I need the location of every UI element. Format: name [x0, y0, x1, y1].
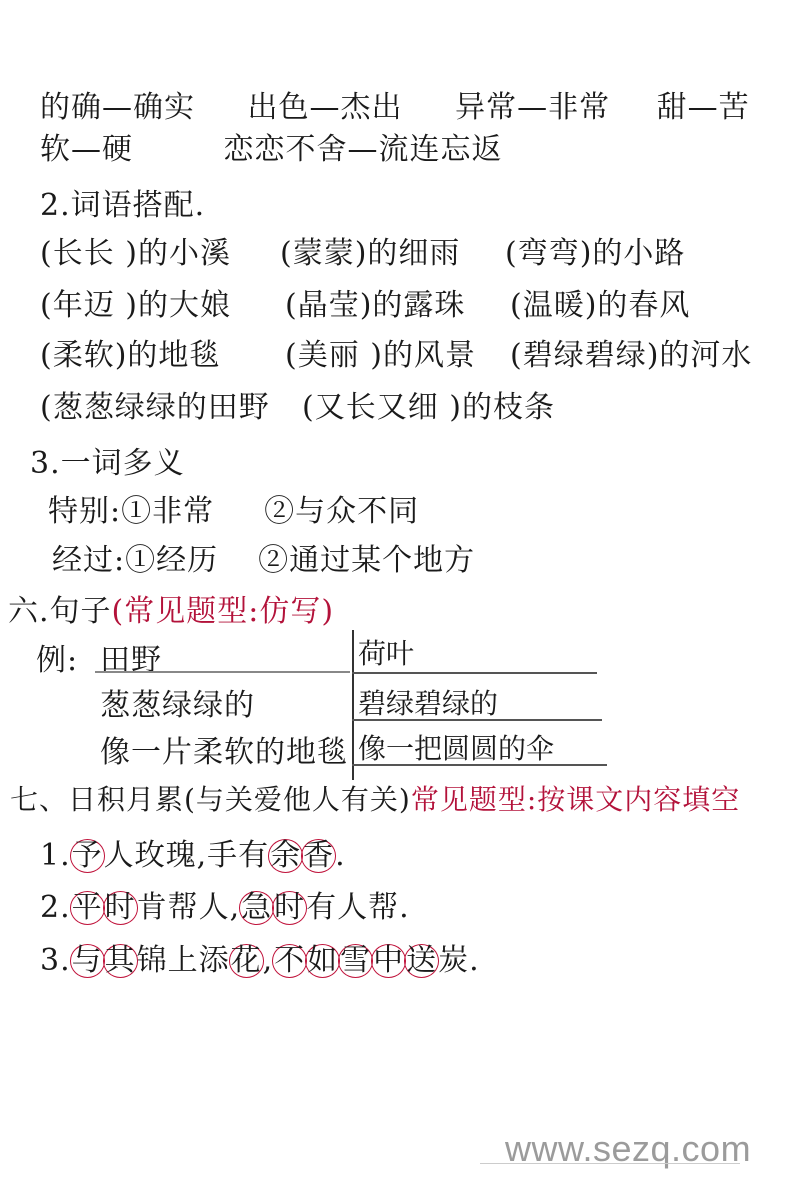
text: 人玫瑰,手有	[104, 838, 270, 873]
text: .	[335, 838, 346, 873]
divider	[352, 719, 602, 721]
circled-answer: 香	[301, 839, 336, 873]
circled-answer: 不	[272, 944, 307, 978]
pair: 异常—非常	[455, 90, 610, 125]
accumulation-line-2: 2.平时肯帮人,急时有人帮.	[40, 882, 410, 926]
question-type-note: 常见题型:按课文内容填空	[411, 783, 740, 816]
collocation-row: (葱葱绿绿的田野(又长又细 )的枝条	[40, 382, 555, 426]
imitation-table: 荷叶 碧绿碧绿的 像一把圆圆的伞	[352, 630, 602, 770]
circled-answer: 其	[103, 944, 138, 978]
polysemy-item: 特别:①非常②与众不同	[48, 486, 419, 530]
text: 有人帮.	[306, 890, 410, 925]
divider	[480, 1163, 740, 1164]
circled-answer: 送	[404, 944, 439, 978]
sentences-heading: 六.句子(常见题型:仿写)	[8, 586, 334, 630]
accumulation-line-3: 3.与其锦上添花,不如雪中送炭.	[40, 935, 480, 979]
question-type-note: (常见题型:仿写)	[112, 594, 335, 629]
collocation-heading: 2.词语搭配.	[40, 180, 205, 224]
pair: 出色—杰出	[248, 90, 403, 125]
accumulation-line-1: 1.予人玫瑰,手有余香.	[40, 830, 346, 874]
divider	[352, 764, 607, 766]
line-number: 2.	[40, 890, 71, 925]
example-right-3: 像一把圆圆的伞	[358, 727, 554, 767]
circled-answer: 予	[70, 839, 105, 873]
example-left-2: 葱葱绿绿的	[100, 680, 255, 724]
divider	[352, 630, 354, 780]
circled-answer: 与	[70, 944, 105, 978]
divider	[352, 672, 597, 674]
example-right-2: 碧绿碧绿的	[358, 682, 498, 722]
polysemy-item: 经过:①经历②通过某个地方	[52, 535, 475, 579]
text: 肯帮人,	[137, 890, 241, 925]
circled-answer: 时	[103, 891, 138, 925]
polysemy-heading: 3.一词多义	[30, 438, 185, 482]
circled-answer: 时	[272, 891, 307, 925]
pair: 的确—确实	[40, 90, 195, 125]
line-number: 1.	[40, 838, 71, 873]
pair: 甜—苦	[657, 90, 750, 125]
accumulation-heading: 七、日积月累(与关爱他人有关)常见题型:按课文内容填空	[10, 778, 740, 818]
word-pairs-row-2: 软—硬 恋恋不舍—流连忘返	[40, 124, 503, 168]
circled-answer: 中	[371, 944, 406, 978]
line-number: 3.	[40, 943, 71, 978]
divider	[95, 671, 350, 673]
example-left-3: 像一片柔软的地毯	[100, 727, 348, 771]
circled-answer: 平	[70, 891, 105, 925]
circled-answer: 如	[305, 944, 340, 978]
circled-answer: 花	[229, 944, 264, 978]
circled-answer: 急	[239, 891, 274, 925]
circled-answer: 雪	[338, 944, 373, 978]
collocation-row: (年迈 )的大娘(晶莹)的露珠(温暖)的春风	[40, 280, 690, 324]
example-label: 例:	[36, 635, 78, 679]
pair: 软—硬	[40, 132, 133, 167]
text: 炭.	[438, 943, 480, 978]
collocation-row: (柔软)的地毯(美丽 )的风景(碧绿碧绿)的河水	[40, 330, 752, 374]
pair: 恋恋不舍—流连忘返	[224, 132, 503, 167]
text: 锦上添	[137, 943, 230, 978]
collocation-row: (长长 )的小溪(蒙蒙)的细雨(弯弯)的小路	[40, 228, 685, 272]
circled-answer: 余	[268, 839, 303, 873]
word-pairs-row-1: 的确—确实 出色—杰出 异常—非常 甜—苦	[40, 82, 750, 126]
example-right-1: 荷叶	[358, 632, 414, 672]
